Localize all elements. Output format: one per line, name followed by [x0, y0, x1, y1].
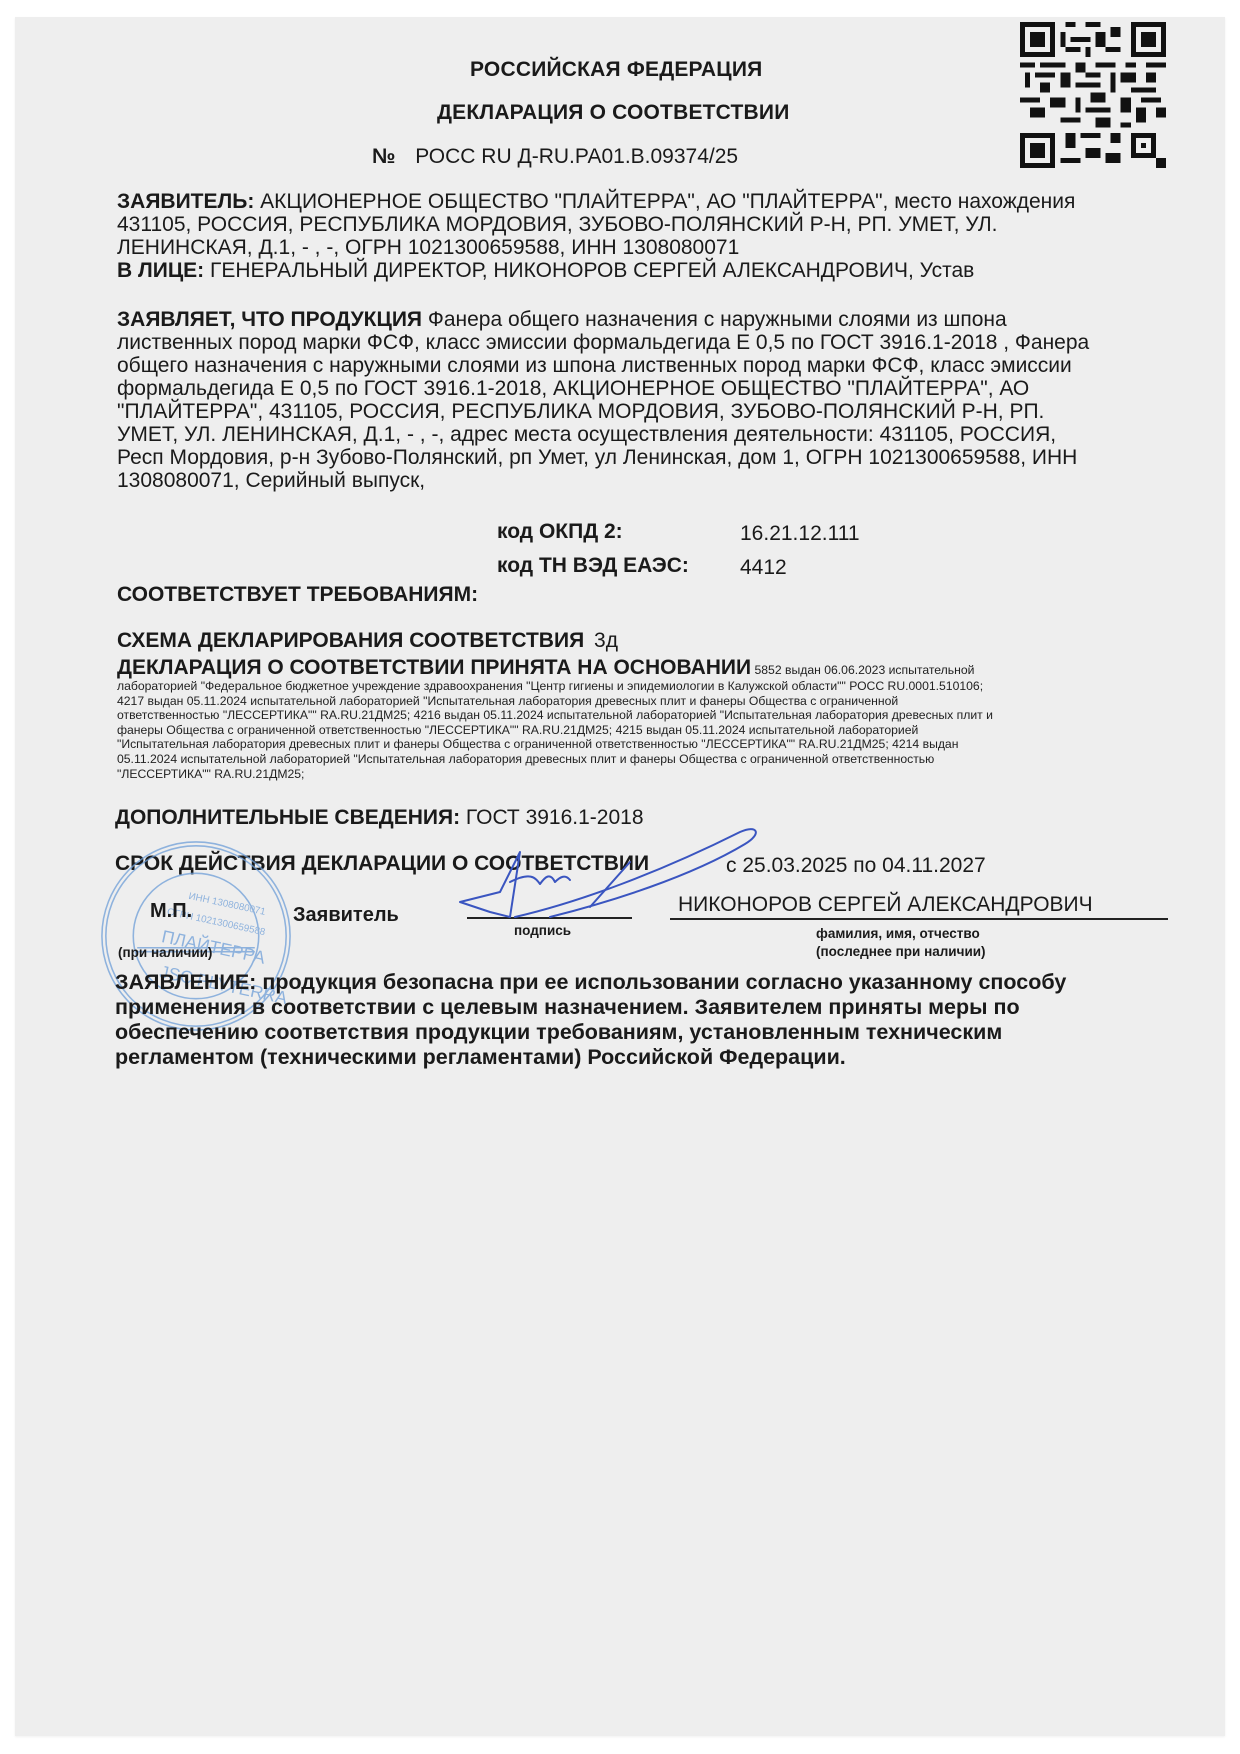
- product-line: формальдегида Е 0,5 по ГОСТ 3916.1-2018,…: [117, 377, 1089, 400]
- product-section: ЗАЯВЛЯЕТ, ЧТО ПРОДУКЦИЯ Фанера общего на…: [117, 308, 1089, 492]
- statement-label: ЗАЯВЛЕНИЕ:: [115, 970, 256, 994]
- name-caption-1: фамилия, имя, отчество: [816, 926, 980, 941]
- basis-line: 05.11.2024 испытательной лабораторией "И…: [117, 752, 993, 767]
- scheme-row: СХЕМА ДЕКЛАРИРОВАНИЯ СООТВЕТСТВИЯ 3д: [117, 629, 618, 652]
- statement-line: продукция безопасна при ее использовании…: [256, 970, 1066, 994]
- document-title: ДЕКЛАРАЦИЯ О СООТВЕТСТВИИ: [437, 101, 790, 125]
- product-line: "ПЛАЙТЕРРА", 431105, РОССИЯ, РЕСПУБЛИКА …: [117, 400, 1089, 423]
- name-caption-2: (последнее при наличии): [816, 944, 986, 959]
- statement-line: обеспечению соответствия продукции требо…: [115, 1020, 1066, 1045]
- statement-line: регламентом (техническими регламентами) …: [115, 1045, 1066, 1070]
- basis-line: 4217 выдан 05.11.2024 испытательной лабо…: [117, 694, 993, 709]
- okpd-label: код ОКПД 2:: [497, 520, 623, 543]
- mp-note: (при наличии): [118, 945, 212, 960]
- number-symbol: №: [372, 145, 395, 168]
- applicant-line: ЛЕНИНСКАЯ, Д.1, - , -, ОГРН 102130065958…: [117, 236, 1075, 259]
- number-value: РОСС RU Д-RU.РА01.В.09374/25: [415, 145, 738, 168]
- product-line: УМЕТ, УЛ. ЛЕНИНСКАЯ, Д.1, - , -, адрес м…: [117, 423, 1089, 446]
- basis-label: ДЕКЛАРАЦИЯ О СООТВЕТСТВИИ ПРИНЯТА НА ОСН…: [117, 656, 751, 679]
- tnved-value: 4412: [740, 556, 787, 579]
- qr-code-icon: [1020, 22, 1166, 168]
- basis-line: лабораторией "Федеральное бюджетное учре…: [117, 679, 993, 694]
- basis-section: ДЕКЛАРАЦИЯ О СООТВЕТСТВИИ ПРИНЯТА НА ОСН…: [117, 657, 993, 781]
- basis-line: "ЛЕССЕРТИКА"" RA.RU.21ДМ25;: [117, 767, 993, 782]
- applicant-line: 431105, РОССИЯ, РЕСПУБЛИКА МОРДОВИЯ, ЗУБ…: [117, 213, 1075, 236]
- product-line: общего назначения с наружными слоями из …: [117, 354, 1089, 377]
- representative-value: ГЕНЕРАЛЬНЫЙ ДИРЕКТОР, НИКОНОРОВ СЕРГЕЙ А…: [204, 259, 974, 282]
- scheme-value: 3д: [594, 629, 618, 652]
- country-title: РОССИЙСКАЯ ФЕДЕРАЦИЯ: [470, 58, 762, 82]
- basis-line: "Испытательная лаборатория древесных пли…: [117, 737, 993, 752]
- product-line: Респ Мордовия, р-н Зубово-Полянский, рп …: [117, 446, 1089, 469]
- declaration-number: № РОСС RU Д-RU.РА01.В.09374/25: [372, 145, 738, 169]
- basis-first: 5852 выдан 06.06.2023 испытательной: [751, 663, 974, 677]
- additional-label: ДОПОЛНИТЕЛЬНЫЕ СВЕДЕНИЯ:: [115, 806, 460, 829]
- applicant-section: ЗАЯВИТЕЛЬ: АКЦИОНЕРНОЕ ОБЩЕСТВО "ПЛАЙТЕР…: [117, 190, 1075, 282]
- product-label: ЗАЯВЛЯЕТ, ЧТО ПРОДУКЦИЯ: [117, 308, 422, 331]
- product-line: Фанера общего назначения с наружными сло…: [422, 308, 1007, 331]
- scheme-label: СХЕМА ДЕКЛАРИРОВАНИЯ СООТВЕТСТВИЯ: [117, 629, 584, 652]
- requirements-label: СООТВЕТСТВУЕТ ТРЕБОВАНИЯМ:: [117, 583, 478, 606]
- mp-label: М.П.: [150, 900, 192, 923]
- basis-line: фанеры Общества с ограниченной ответстве…: [117, 723, 993, 738]
- okpd-value: 16.21.12.111: [740, 522, 860, 545]
- representative-label: В ЛИЦЕ:: [117, 259, 204, 282]
- product-line: 1308080071, Серийный выпуск,: [117, 469, 1089, 492]
- basis-line: ответственностью "ЛЕССЕРТИКА"" RA.RU.21Д…: [117, 708, 993, 723]
- applicant-label: ЗАЯВИТЕЛЬ:: [117, 190, 254, 213]
- statement-line: применения в соответствии с целевым назн…: [115, 995, 1066, 1020]
- statement-section: ЗАЯВЛЕНИЕ: продукция безопасна при ее ис…: [115, 970, 1066, 1070]
- tnved-label: код ТН ВЭД ЕАЭС:: [497, 554, 689, 577]
- product-line: лиственных пород марки ФСФ, класс эмисси…: [117, 331, 1089, 354]
- applicant-sign-label: Заявитель: [293, 904, 399, 927]
- applicant-line: АКЦИОНЕРНОЕ ОБЩЕСТВО "ПЛАЙТЕРРА", АО "ПЛ…: [254, 190, 1075, 213]
- handwritten-signature-icon: [440, 822, 770, 942]
